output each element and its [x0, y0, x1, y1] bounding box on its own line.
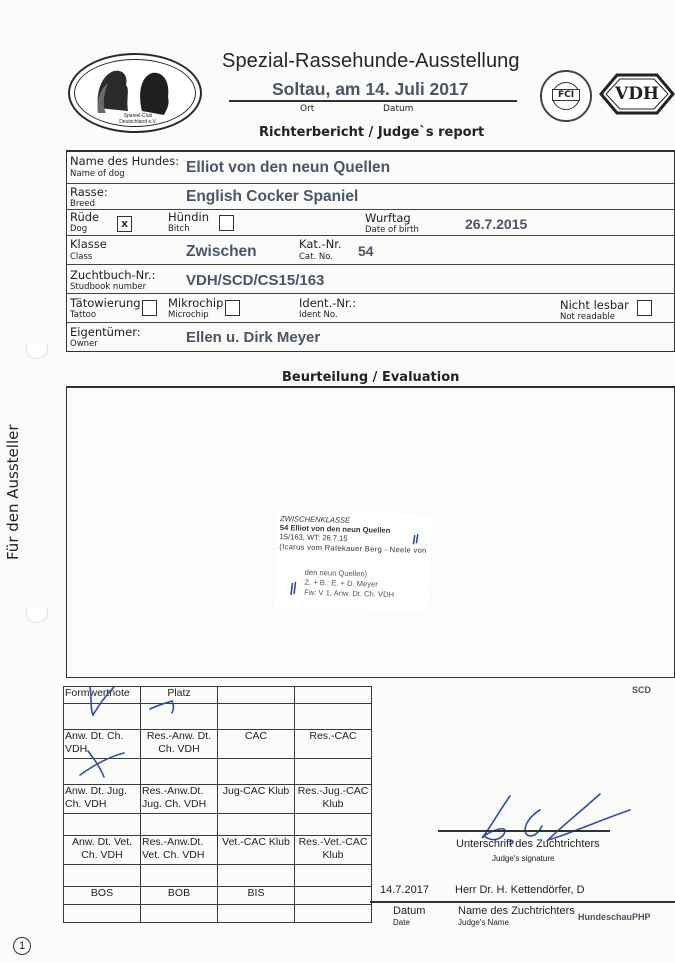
table-cell[interactable]: [141, 814, 218, 836]
table-cell[interactable]: [64, 865, 141, 887]
female-label: Hündin: [168, 211, 209, 223]
studbook-sublabel: Studbook number: [70, 282, 146, 292]
tattoo-sublabel: Tattoo: [70, 310, 96, 320]
dog-name-label: Name des Hundes:: [70, 155, 179, 167]
ident-sublabel: Ident No.: [299, 310, 338, 320]
punch-hole-icon: [26, 607, 48, 623]
table-cell[interactable]: [218, 905, 295, 923]
judge-info-line: [370, 901, 675, 903]
judge-name-label: Name des Zuchtrichters: [458, 905, 575, 917]
handwritten-mark-icon: [413, 535, 417, 544]
catalog-label: Kat.-Nr.: [299, 238, 342, 250]
place-label: Ort: [300, 104, 314, 114]
dog-name-sublabel: Name of dog: [70, 169, 125, 179]
table-cell[interactable]: [218, 814, 295, 836]
table-cell[interactable]: [141, 865, 218, 887]
breed-field[interactable]: English Cocker Spaniel: [186, 188, 358, 206]
table-row: Anw. Dt. Vet. Ch. VDH Res.-Anw.Dt. Vet. …: [64, 836, 372, 865]
date-label: Datum: [383, 104, 413, 114]
table-cell: [218, 687, 295, 704]
club-abbreviation: SCD: [632, 685, 651, 695]
table-row: Anw. Dt. Jug. Ch. VDH Res.-Anw.Dt. Jug. …: [64, 785, 372, 814]
not-readable-checkbox[interactable]: [637, 300, 652, 316]
award-res-vet-cac: Res.-Vet.-CAC Klub: [295, 836, 372, 865]
dog-info-form: Name des Hundes: Name of dog Elliot von …: [66, 150, 675, 352]
microchip-checkbox[interactable]: [225, 300, 240, 316]
class-result-sticker: ZWISCHENKLASSE 54 Elliot von den neun Qu…: [274, 510, 433, 612]
table-cell: [295, 887, 372, 905]
signature-label: Unterschrift des Zuchtrichters: [456, 838, 600, 850]
table-cell[interactable]: [295, 704, 372, 730]
award-anw-dt-vet-ch: Anw. Dt. Vet. Ch. VDH: [64, 836, 141, 865]
table-cell[interactable]: [295, 759, 372, 785]
logo-text-line2: Deutschland e.V.: [119, 119, 157, 125]
table-row: [64, 865, 372, 887]
place-date-value: Soltau, am 14. Juli 2017: [272, 79, 468, 100]
award-res-anw-dt-jug-ch: Res.-Anw.Dt. Jug. Ch. VDH: [141, 785, 218, 814]
birth-date-field[interactable]: 26.7.2015: [465, 216, 527, 232]
judge-name-sublabel: Judge's Name: [458, 918, 509, 927]
signature-line: [438, 830, 610, 832]
award-bis: BIS: [218, 887, 295, 905]
fci-logo-text: FCI: [552, 89, 580, 101]
ident-label: Ident.-Nr.:: [299, 297, 356, 309]
catalog-sublabel: Cat. No.: [299, 252, 333, 262]
tattoo-checkbox[interactable]: [142, 300, 157, 316]
dog-name-row: Name des Hundes: Name of dog Elliot von …: [67, 152, 674, 184]
sex-birth-row: Rüde Dog x Hündin Bitch Wurftag Date of …: [67, 210, 674, 236]
award-bos: BOS: [64, 887, 141, 905]
female-sublabel: Bitch: [168, 224, 190, 234]
software-brand: HundeschauPHP: [578, 912, 651, 922]
award-cac: CAC: [218, 730, 295, 759]
judging-date-sublabel: Date: [393, 918, 410, 927]
vdh-logo-icon: VDH: [597, 71, 675, 117]
breed-row: Rasse: Breed English Cocker Spaniel: [67, 184, 674, 210]
table-cell[interactable]: [218, 759, 295, 785]
table-cell[interactable]: [218, 865, 295, 887]
award-bob: BOB: [141, 887, 218, 905]
table-row: BOS BOB BIS: [64, 887, 372, 905]
class-row: Klasse Class Zwischen Kat.-Nr. Cat. No. …: [67, 236, 674, 265]
report-title: Richterbericht / Judge`s report: [259, 125, 484, 140]
class-label: Klasse: [70, 238, 107, 250]
judging-date-label: Datum: [393, 905, 425, 917]
judge-name-value: Herr Dr. H. Kettendörfer, D: [455, 884, 585, 896]
table-row: [64, 905, 372, 923]
side-text-exhibitor: Für den Aussteller: [4, 424, 22, 560]
microchip-sublabel: Microchip: [168, 310, 209, 320]
table-cell[interactable]: [64, 814, 141, 836]
not-readable-sublabel: Not readable: [560, 312, 615, 322]
table-cell[interactable]: [64, 905, 141, 923]
award-res-cac: Res.-CAC: [295, 730, 372, 759]
evaluation-title: Beurteilung / Evaluation: [282, 370, 459, 385]
judging-date-value: 14.7.2017: [380, 884, 429, 896]
class-field[interactable]: Zwischen: [186, 243, 257, 261]
tattoo-label: Tätowierung: [70, 297, 141, 309]
table-cell[interactable]: [295, 814, 372, 836]
owner-sublabel: Owner: [70, 339, 98, 349]
breed-label: Rasse:: [70, 186, 108, 198]
page-number: 1: [13, 937, 31, 955]
male-checkbox[interactable]: x: [117, 216, 132, 232]
microchip-label: Mikrochip: [168, 297, 223, 309]
table-cell[interactable]: [141, 905, 218, 923]
ident-number-field[interactable]: [367, 298, 547, 318]
award-anw-dt-jug-ch: Anw. Dt. Jug. Ch. VDH: [64, 785, 141, 814]
punch-hole-icon: [26, 343, 48, 359]
studbook-field[interactable]: VDH/SCD/CS15/163: [186, 272, 324, 289]
female-checkbox[interactable]: [219, 215, 234, 231]
studbook-label: Zuchtbuch-Nr.:: [70, 269, 155, 281]
table-row: [64, 814, 372, 836]
studbook-row: Zuchtbuch-Nr.: Studbook number VDH/SCD/C…: [67, 265, 674, 294]
male-label: Rüde: [70, 211, 99, 223]
catalog-number-field[interactable]: 54: [358, 243, 374, 259]
handwritten-marks-icon: [60, 685, 220, 785]
fci-logo-icon: FCI: [540, 70, 592, 122]
table-cell[interactable]: [295, 865, 372, 887]
birth-sublabel: Date of birth: [365, 225, 419, 235]
male-sublabel: Dog: [70, 224, 87, 234]
owner-field[interactable]: Ellen u. Dirk Meyer: [186, 329, 320, 346]
signature-sublabel: Judge's signature: [492, 854, 554, 863]
vdh-logo-text: VDH: [597, 84, 675, 104]
not-readable-label: Nicht lesbar: [560, 299, 629, 311]
page-title: Spezial-Rassehunde-Ausstellung: [222, 50, 520, 73]
award-res-jug-cac: Res.-Jug.-CAC Klub: [295, 785, 372, 814]
breed-sublabel: Breed: [70, 199, 95, 209]
owner-row: Eigentümer: Owner Ellen u. Dirk Meyer: [67, 323, 674, 351]
birth-label: Wurftag: [365, 212, 411, 224]
table-cell[interactable]: [295, 905, 372, 923]
place-date-underline: [229, 100, 517, 102]
class-sublabel: Class: [70, 252, 92, 262]
dog-name-field[interactable]: Elliot von den neun Quellen: [186, 159, 390, 177]
award-vet-cac: Vet.-CAC Klub: [218, 836, 295, 865]
spaniel-club-logo-icon: Spaniel-Club Deutschland e.V.: [68, 53, 202, 133]
award-res-anw-dt-vet-ch: Res.-Anw.Dt. Vet. Ch. VDH: [141, 836, 218, 865]
award-jug-cac: Jug-CAC Klub: [218, 785, 295, 814]
table-cell: [295, 687, 372, 704]
table-cell[interactable]: [218, 704, 295, 730]
owner-label: Eigentümer:: [70, 326, 141, 338]
identification-row: Tätowierung Tattoo Mikrochip Microchip I…: [67, 294, 674, 323]
